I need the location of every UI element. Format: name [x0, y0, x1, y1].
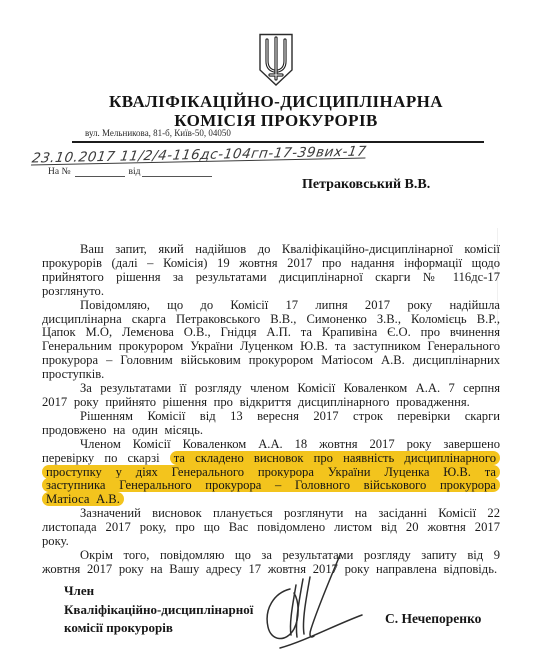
- reply-label-na: На №: [48, 167, 71, 177]
- org-name: КВАЛІФІКАЦІЙНО-ДИСЦИПЛІНАРНА КОМІСІЯ ПРО…: [0, 92, 552, 130]
- paragraph-1: Ваш запит, який надійшов до Кваліфікацій…: [42, 243, 500, 299]
- signer-title: Член Кваліфікаційно-дисциплінарної коміс…: [64, 582, 253, 638]
- signer-name: С. Нечепоренко: [385, 611, 481, 627]
- ukraine-trident-emblem-icon: [257, 33, 295, 92]
- signer-title-line2: Кваліфікаційно-дисциплінарної: [64, 601, 253, 620]
- paragraph-3: За результатами її розгляду членом Коміс…: [42, 382, 500, 410]
- scan-crease-artifact: [497, 228, 498, 343]
- paragraph-2: Повідомляю, що до Комісії 17 липня 2017 …: [42, 299, 500, 382]
- org-name-line2: КОМІСІЯ ПРОКУРОРІВ: [0, 111, 552, 130]
- reply-date-blank: [142, 167, 212, 177]
- org-address: вул. Мельникова, 81-б, Київ-50, 04050: [85, 128, 231, 138]
- org-name-line1: КВАЛІФІКАЦІЙНО-ДИСЦИПЛІНАРНА: [0, 92, 552, 111]
- reply-reference-line: На №від: [48, 167, 212, 177]
- addressee-name: Петраковський В.В.: [302, 177, 430, 193]
- reply-label-vid: від: [129, 167, 141, 177]
- handwritten-reference-number: 23.10.2017 11/2/4-116дс-104гп-17-39вих-1…: [31, 143, 368, 166]
- paragraph-6: Зазначений висновок планується розглянут…: [42, 507, 500, 549]
- signer-title-line1: Член: [64, 582, 253, 601]
- scanned-letter-page: КВАЛІФІКАЦІЙНО-ДИСЦИПЛІНАРНА КОМІСІЯ ПРО…: [0, 0, 552, 655]
- header-divider: [72, 141, 484, 143]
- handwritten-signature-icon: [250, 551, 365, 655]
- paragraph-4: Рішенням Комісії від 13 вересня 2017 стр…: [42, 410, 500, 438]
- letter-body: Ваш запит, який надійшов до Кваліфікацій…: [42, 243, 500, 577]
- signer-title-line3: комісії прокурорів: [64, 619, 253, 638]
- paragraph-5: Членом Комісії Коваленком А.А. 18 жовтня…: [42, 438, 500, 508]
- reply-number-blank: [75, 167, 125, 177]
